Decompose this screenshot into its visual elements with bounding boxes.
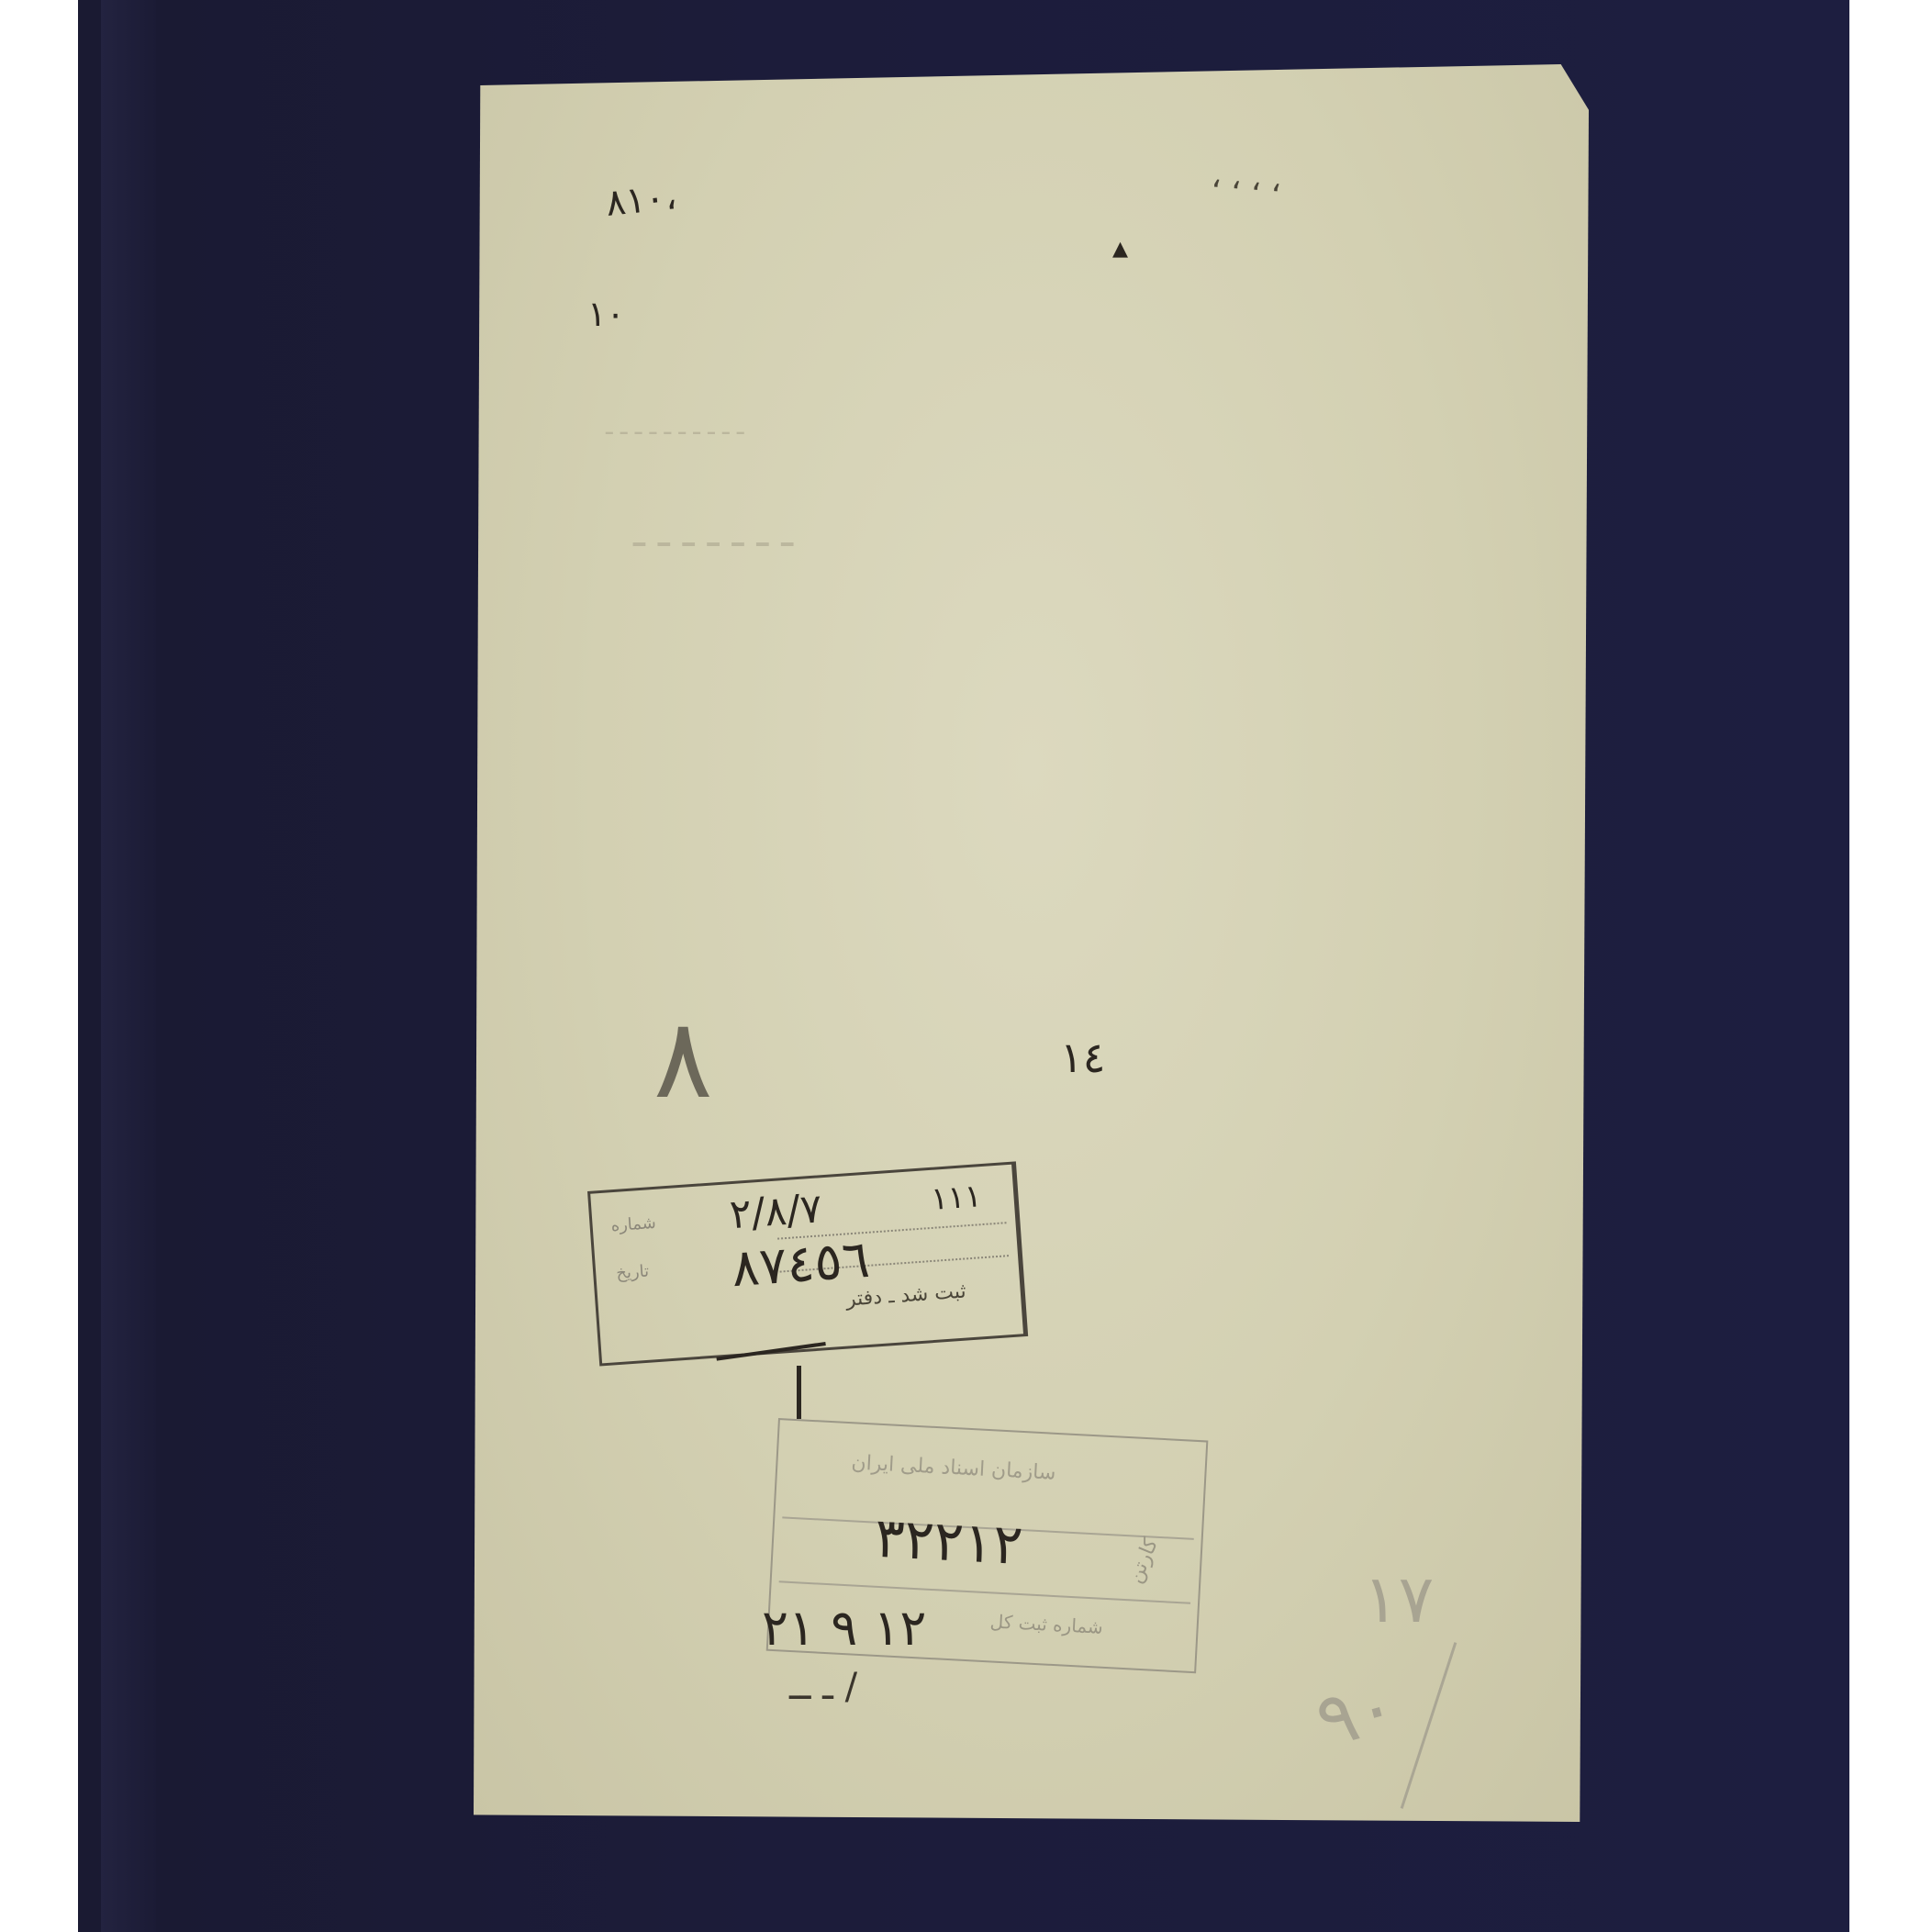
stamp-connector-stem: [797, 1366, 801, 1419]
folio-number: ٨: [653, 996, 712, 1123]
archive-number: ٣٢٢١٢: [873, 1506, 1024, 1578]
archive-header: سازمان اسناد ملی ایران: [851, 1451, 1056, 1485]
archive-footer-label: شماره ثبت کل: [989, 1610, 1103, 1637]
top-left-mark: ،٨١٠: [604, 175, 679, 225]
registry-side-label-2: تاریخ: [616, 1262, 650, 1283]
archive-side-label: کارتن: [1123, 1535, 1163, 1586]
archive-date: ١٢ ٩ ٢١: [762, 1599, 926, 1657]
registry-side-label-1: شماره: [610, 1213, 656, 1235]
registry-upper-digits: ٢/٨/٧: [728, 1185, 823, 1238]
backdrop-edge: [101, 0, 156, 1932]
margin-number: ١٠: [587, 294, 625, 334]
date-underline-marks: / ـ ــ: [789, 1666, 857, 1708]
registry-top-label: ۱۱۱: [930, 1178, 982, 1218]
bleed-through-line-2: ـ ـ ـ ـ ـ ـ ـ: [633, 509, 793, 556]
ink-blot: ▴: [1112, 229, 1128, 266]
pencil-mark-upper: ١٧: [1363, 1560, 1434, 1637]
registry-stamp: شماره تاریخ ۱۱۱ ٢/٨/٧ ٨٧٤٥٦ ثبت شد ـ دفت…: [587, 1161, 1028, 1366]
top-right-mark: ، ، ، ،: [1211, 158, 1283, 199]
bleed-through-line-1: ـ ـ ـ ـ ـ ـ ـ ـ ـ ـ: [606, 413, 744, 441]
mid-number: ١٤: [1060, 1033, 1105, 1082]
